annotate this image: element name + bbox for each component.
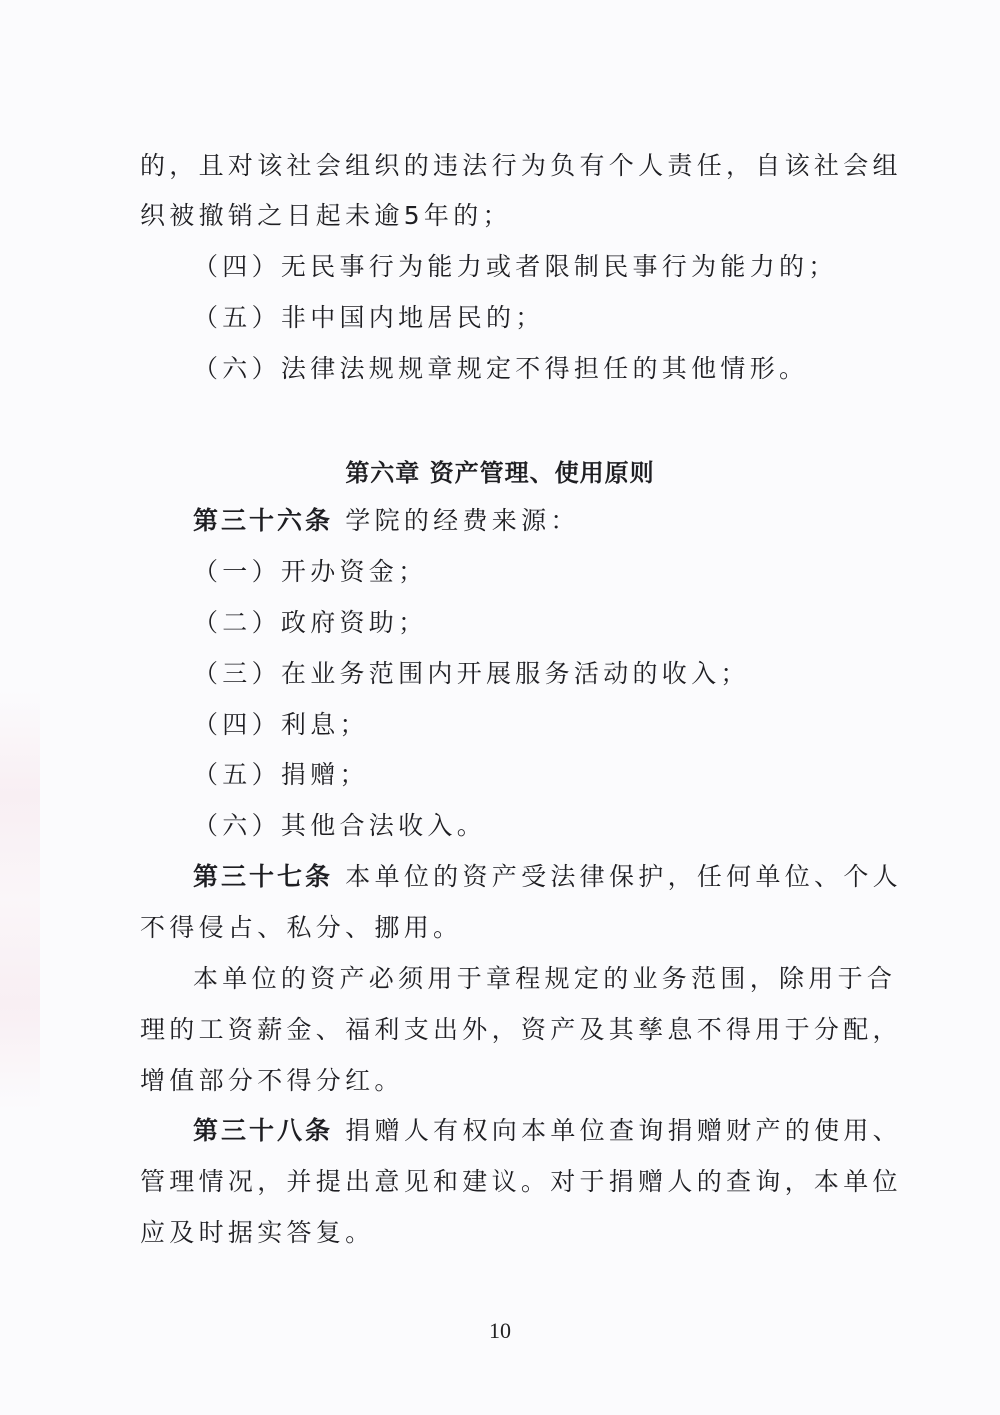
list-item: （二）政府资助； — [193, 608, 427, 638]
article-37: 第三十七条 本单位的资产受法律保护，任何单位、个人 — [193, 862, 902, 892]
article-38: 第三十八条 捐赠人有权向本单位查询捐赠财产的使用、 — [193, 1116, 902, 1146]
article-36: 第三十六条 学院的经费来源： — [193, 506, 580, 536]
text-line: 织被撤销之日起未逾5年的； — [140, 201, 512, 231]
list-item: （一）开办资金； — [193, 557, 427, 587]
text-line: 应及时据实答复。 — [140, 1218, 374, 1248]
list-item: （五）捐赠； — [193, 760, 369, 790]
text-line: 本单位的资产必须用于章程规定的业务范围，除用于合 — [193, 964, 896, 994]
seal-stamp-edge — [0, 690, 40, 1110]
page-number: 10 — [0, 1318, 1000, 1344]
document-page: 的，且对该社会组织的违法行为负有个人责任，自该社会组 织被撤销之日起未逾5年的；… — [0, 0, 1000, 1415]
list-item: （六）法律法规规章规定不得担任的其他情形。 — [193, 354, 808, 384]
article-text: 学院的经费来源： — [345, 506, 579, 535]
article-label: 第三十六条 — [193, 506, 333, 535]
text-line: 不得侵占、私分、挪用。 — [140, 913, 462, 943]
list-item: （五）非中国内地居民的； — [193, 303, 545, 333]
article-label: 第三十七条 — [193, 862, 333, 891]
text-line: 管理情况，并提出意见和建议。对于捐赠人的查询，本单位 — [140, 1167, 902, 1197]
list-item: （三）在业务范围内开展服务活动的收入； — [193, 659, 750, 689]
text-line: 增值部分不得分红。 — [140, 1066, 404, 1096]
text-line: 理的工资薪金、福利支出外，资产及其孳息不得用于分配， — [140, 1015, 902, 1045]
article-label: 第三十八条 — [193, 1116, 333, 1145]
chapter-heading: 第六章 资产管理、使用原则 — [0, 453, 1000, 488]
article-text: 捐赠人有权向本单位查询捐赠财产的使用、 — [345, 1116, 902, 1145]
article-text: 本单位的资产受法律保护，任何单位、个人 — [345, 862, 902, 891]
list-item: （四）利息； — [193, 710, 369, 740]
list-item: （四）无民事行为能力或者限制民事行为能力的； — [193, 252, 838, 282]
text-line: 的，且对该社会组织的违法行为负有个人责任，自该社会组 — [140, 151, 902, 181]
list-item: （六）其他合法收入。 — [193, 811, 486, 841]
